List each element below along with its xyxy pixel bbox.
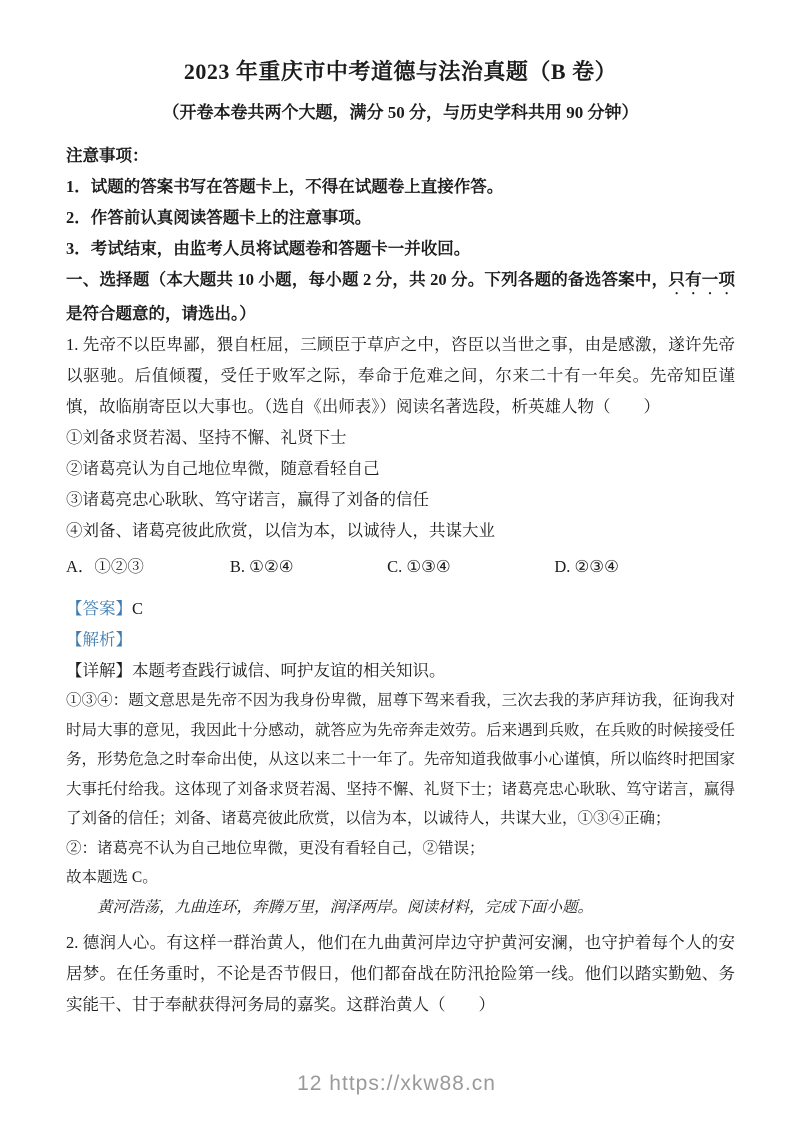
q1-option-b: B. ①②④ (230, 551, 387, 582)
q1-statement-1: ①刘备求贤若渴、坚持不懈、礼贤下士 (66, 422, 735, 453)
detail-intro: 本题考查践行诚信、呵护友谊的相关知识。 (132, 661, 446, 680)
question-1-stem: 1. 先帝不以臣卑鄙，猥自枉屈，三顾臣于草庐之中，咨臣以当世之事，由是感激，遂许… (66, 329, 735, 422)
answer-line: 【答案】C (66, 593, 735, 624)
section-heading-emphasized: 只有一项 (668, 270, 735, 289)
notice-item-2: 2．作答前认真阅读答题卡上的注意事项。 (66, 202, 735, 233)
detail-paragraph-2: ②：诸葛亮不认为自己地位卑微，更没有看轻自己，②错误； (66, 834, 735, 864)
answer-value: C (132, 599, 143, 618)
q1-statement-3: ③诸葛亮忠心耿耿、笃守诺言，赢得了刘备的信任 (66, 484, 735, 515)
q1-statement-2: ②诸葛亮认为自己地位卑微，随意看轻自己 (66, 453, 735, 484)
analysis-label: 【解析】 (66, 630, 132, 649)
detail-paragraph-1: ①③④：题文意思是先帝不因为我身份卑微，屈尊下驾来看我，三次去我的茅庐拜访我，征… (66, 686, 735, 834)
question-2-stem: 2. 德润人心。有这样一群治黄人，他们在九曲黄河岸边守护黄河安澜，也守护着每个人… (66, 927, 735, 1020)
q1-options-row: A．①②③ B. ①②④ C. ①③④ D. ②③④ (66, 551, 735, 582)
analysis-line: 【解析】 (66, 624, 735, 655)
exam-document-page: 2023 年重庆市中考道德与法治真题（B 卷） （开卷本卷共两个大题，满分 50… (0, 0, 793, 1122)
q1-option-d: D. ②③④ (554, 551, 735, 582)
section-one-heading: 一、选择题（本大题共 10 小题，每小题 2 分，共 20 分。下列各题的备选答… (66, 264, 735, 329)
notice-item-1: 1．试题的答案书写在答题卡上，不得在试题卷上直接作答。 (66, 171, 735, 202)
notice-item-3: 3．考试结束，由监考人员将试题卷和答题卡一并收回。 (66, 233, 735, 264)
section-heading-pre: 一、选择题（本大题共 10 小题，每小题 2 分，共 20 分。下列各题的备选答… (66, 270, 668, 289)
q1-statement-4: ④刘备、诸葛亮彼此欣赏，以信为本，以诚待人，共谋大业 (66, 515, 735, 546)
detail-label: 【详解】 (66, 661, 132, 680)
q1-option-c: C. ①③④ (387, 551, 554, 582)
detail-line: 【详解】本题考查践行诚信、呵护友谊的相关知识。 (66, 655, 735, 686)
detail-paragraph-3: 故本题选 C。 (66, 863, 735, 893)
exam-title: 2023 年重庆市中考道德与法治真题（B 卷） (66, 56, 735, 88)
detail-explanation-block: ①③④：题文意思是先帝不因为我身份卑微，屈尊下驾来看我，三次去我的茅庐拜访我，征… (66, 686, 735, 893)
answer-label: 【答案】 (66, 599, 132, 618)
page-footer: 12 https://xkw88.cn (0, 1072, 793, 1096)
q1-option-a: A．①②③ (66, 551, 230, 582)
section-heading-post: 是符合题意的，请选出。） (66, 304, 256, 323)
reading-material: 黄河浩荡，九曲连环，奔腾万里，润泽两岸。阅读材料，完成下面小题。 (66, 893, 735, 923)
notice-heading: 注意事项： (66, 140, 735, 171)
exam-body: 注意事项： 1．试题的答案书写在答题卡上，不得在试题卷上直接作答。 2．作答前认… (66, 140, 735, 1020)
exam-subtitle: （开卷本卷共两个大题，满分 50 分，与历史学科共用 90 分钟） (66, 101, 735, 125)
